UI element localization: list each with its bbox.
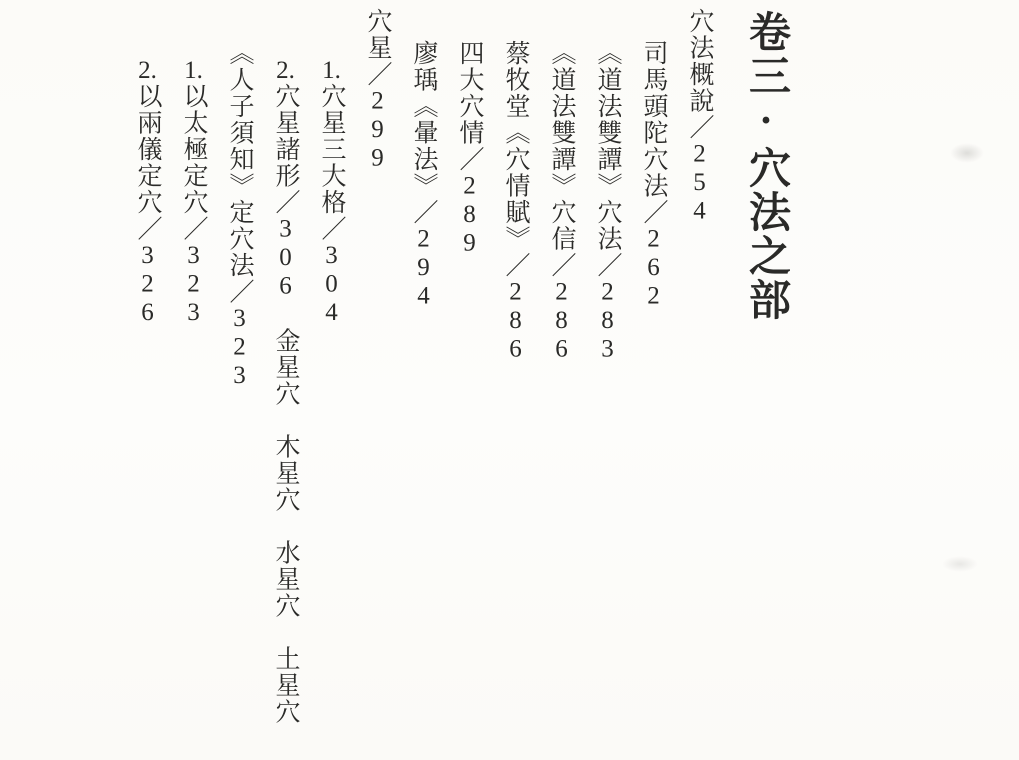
toc-entry: 蔡牧堂《穴情賦》／286 (501, 0, 530, 760)
entry-text: 穴星三大格／304 (318, 83, 345, 328)
toc-entry: 廖瑀《暈法》／294 (409, 0, 438, 760)
entry-number: 2. (134, 58, 161, 83)
entry-text: 以太極定穴／323 (180, 83, 207, 328)
entry-number: 1. (180, 58, 207, 83)
toc-entry: 穴星／299 (363, 0, 392, 760)
scan-smudge (950, 143, 984, 163)
toc-entry: 1.穴星三大格／304 (317, 0, 346, 760)
toc-entry: 2.以兩儀定穴／326 (133, 0, 162, 760)
toc-layout: 卷三·穴法之部 穴法概說／254司馬頭陀穴法／262《道法雙譚》穴法／283《道… (116, 0, 789, 760)
toc-list: 穴法概說／254司馬頭陀穴法／262《道法雙譚》穴法／283《道法雙譚》穴信／2… (133, 0, 714, 760)
toc-entry: 《人子須知》定穴法／323 (225, 0, 254, 760)
volume-title: 卷三·穴法之部 (742, 0, 789, 760)
toc-entry: 《道法雙譚》穴信／286 (547, 0, 576, 760)
toc-entry: 1.以太極定穴／323 (179, 0, 208, 760)
entry-number: 2. (272, 58, 299, 83)
scan-smudge (942, 556, 978, 572)
toc-entry: 司馬頭陀穴法／262 (639, 0, 668, 760)
entry-text: 穴星諸形／306 金星穴 木星穴 水星穴 土星穴 (272, 83, 299, 725)
toc-entry: 穴法概說／254 (685, 0, 714, 760)
toc-entry: 四大穴情／289 (455, 0, 484, 760)
scanned-page: 卷三·穴法之部 穴法概說／254司馬頭陀穴法／262《道法雙譚》穴法／283《道… (0, 0, 1019, 760)
toc-entry: 2.穴星諸形／306 金星穴 木星穴 水星穴 土星穴 (271, 0, 300, 760)
toc-entry: 《道法雙譚》穴法／283 (593, 0, 622, 760)
entry-number: 1. (318, 58, 345, 83)
entry-text: 以兩儀定穴／326 (134, 83, 161, 328)
